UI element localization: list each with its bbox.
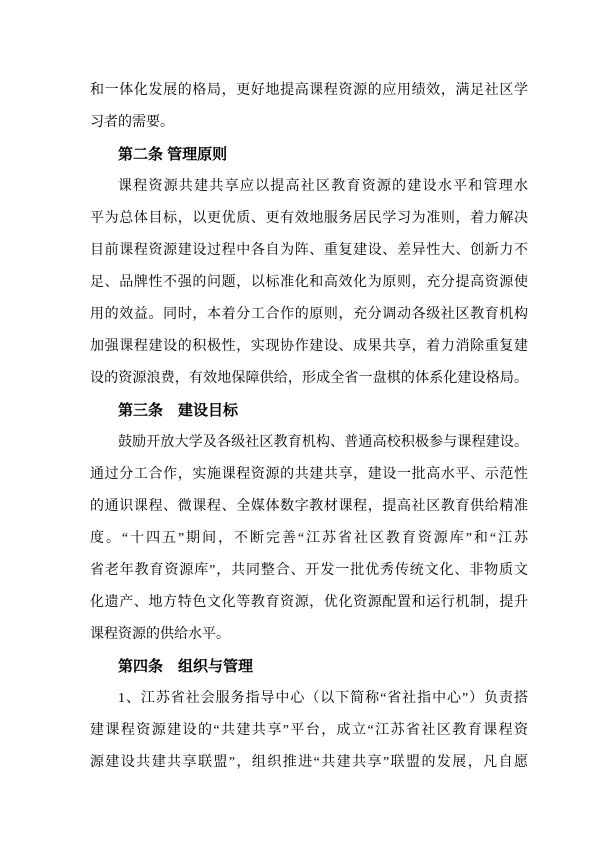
text-line: 足、品牌性不强的问题，以标准化和高效化为原则，充分提高资源使 bbox=[90, 267, 528, 299]
text-line: 源建设共建共享联盟”，组织推进“共建共享”联盟的发展，凡自愿 bbox=[90, 747, 528, 779]
text-line: 化遗产、地方特色文化等教育资源，优化资源配置和运行机制，提升 bbox=[90, 587, 528, 619]
text-line: 和一体化发展的格局，更好地提高课程资源的应用绩效，满足社区学 bbox=[90, 75, 528, 107]
text-line: 度。“十四五”期间，不断完善“江苏省社区教育资源库”和“江苏 bbox=[90, 523, 528, 555]
document-body: 和一体化发展的格局，更好地提高课程资源的应用绩效，满足社区学习者的需要。第二条 … bbox=[90, 75, 528, 779]
text-line: 的通识课程、微课程、全媒体数字教材课程，提高社区教育供给精准 bbox=[90, 491, 528, 523]
text-line: 习者的需要。 bbox=[90, 107, 528, 139]
text-line: 通过分工合作，实施课程资源的共建共享，建设一批高水平、示范性 bbox=[90, 459, 528, 491]
text-line: 设的资源浪费，有效地保障供给，形成全省一盘棋的体系化建设格局。 bbox=[90, 363, 528, 395]
section-heading: 第四条 组织与管理 bbox=[90, 651, 528, 683]
text-line: 课程资源的供给水平。 bbox=[90, 619, 528, 651]
paragraph: 和一体化发展的格局，更好地提高课程资源的应用绩效，满足社区学习者的需要。 bbox=[90, 75, 528, 139]
document-page: 和一体化发展的格局，更好地提高课程资源的应用绩效，满足社区学习者的需要。第二条 … bbox=[0, 0, 612, 868]
section-heading: 第二条 管理原则 bbox=[90, 139, 528, 171]
text-line: 平为总体目标，以更优质、更有效地服务居民学习为准则，着力解决 bbox=[90, 203, 528, 235]
text-line: 课程资源共建共享应以提高社区教育资源的建设水平和管理水 bbox=[90, 171, 528, 203]
paragraph: 1、江苏省社会服务指导中心（以下简称“省社指中心”）负责搭建课程资源建设的“共建… bbox=[90, 683, 528, 779]
text-line: 目前课程资源建设过程中各自为阵、重复建设、差异性大、创新力不 bbox=[90, 235, 528, 267]
text-line: 加强课程建设的积极性，实现协作建设、成果共享，着力消除重复建 bbox=[90, 331, 528, 363]
text-line: 省老年教育资源库”，共同整合、开发一批优秀传统文化、非物质文 bbox=[90, 555, 528, 587]
text-line: 用的效益。同时，本着分工合作的原则，充分调动各级社区教育机构 bbox=[90, 299, 528, 331]
section-heading: 第三条 建设目标 bbox=[90, 395, 528, 427]
paragraph: 鼓励开放大学及各级社区教育机构、普通高校积极参与课程建设。通过分工合作，实施课程… bbox=[90, 427, 528, 651]
paragraph: 课程资源共建共享应以提高社区教育资源的建设水平和管理水平为总体目标，以更优质、更… bbox=[90, 171, 528, 395]
text-line: 1、江苏省社会服务指导中心（以下简称“省社指中心”）负责搭 bbox=[90, 683, 528, 715]
text-line: 鼓励开放大学及各级社区教育机构、普通高校积极参与课程建设。 bbox=[90, 427, 528, 459]
text-line: 建课程资源建设的“共建共享”平台，成立“江苏省社区教育课程资 bbox=[90, 715, 528, 747]
